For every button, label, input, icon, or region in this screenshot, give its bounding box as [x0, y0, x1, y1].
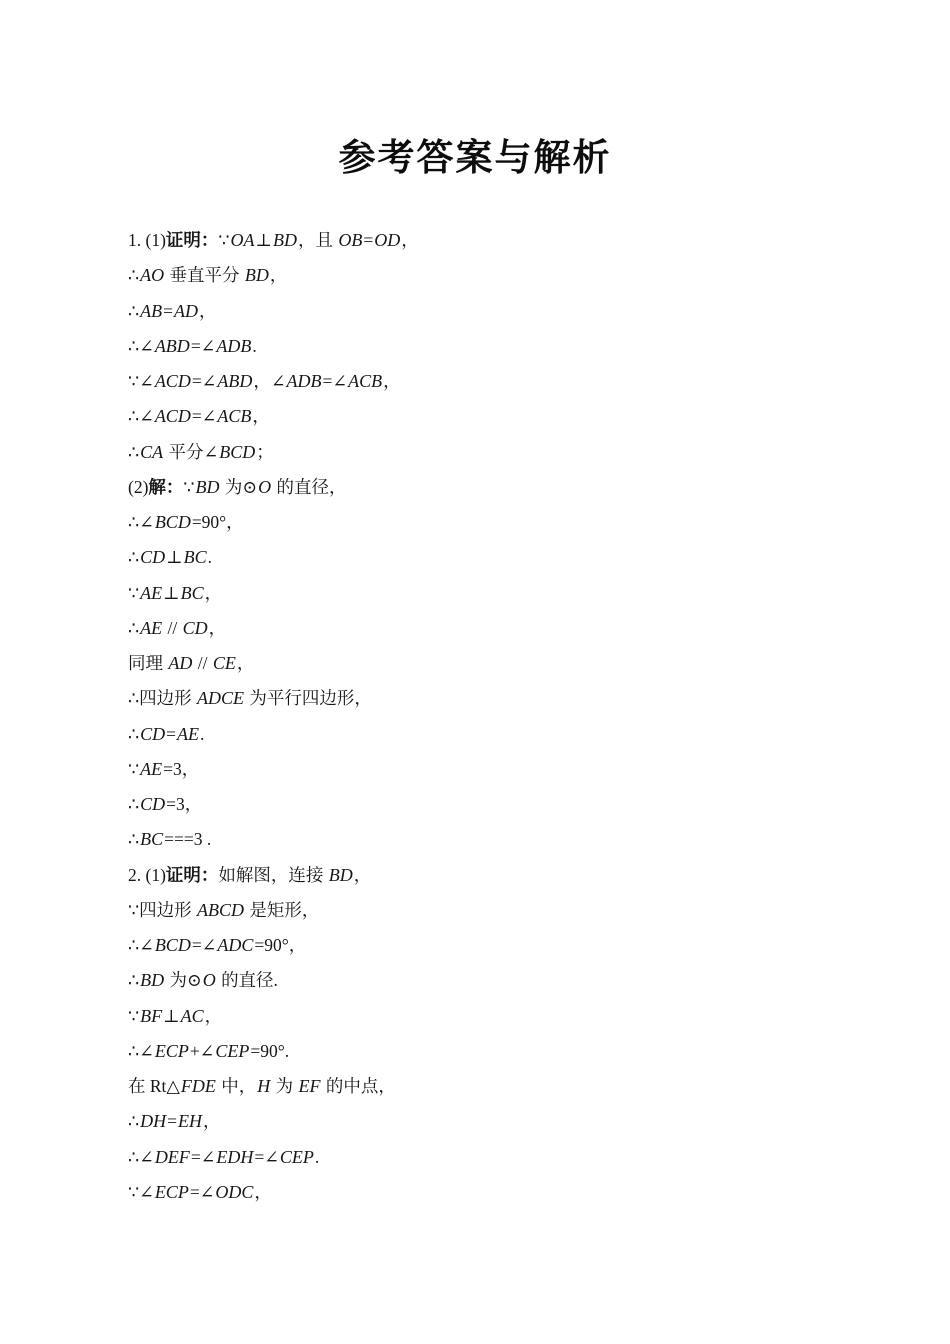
text-segment: =90°， [192, 512, 244, 532]
text-segment: 如解图，连接 [218, 865, 327, 885]
math-segment: AE [139, 583, 163, 603]
text-segment: 中， [217, 1076, 256, 1096]
text-segment: ∵ [128, 1006, 139, 1026]
answer-line: ∴CD=3， [128, 787, 900, 822]
text-segment: ∵ [128, 759, 139, 779]
answer-line: ∴BD 为⊙O 的直径. [128, 963, 900, 998]
text-segment: =90°. [250, 1041, 289, 1061]
answer-lines: 1. (1)证明：∵OA⊥BD，且 OB=OD，∴AO 垂直平分 BD，∴AB=… [128, 223, 900, 1210]
answer-line: ∴∠ACD=∠ACB， [128, 399, 900, 434]
document-page: 参考答案与解析 1. (1)证明：∵OA⊥BD，且 OB=OD，∴AO 垂直平分… [0, 0, 950, 1344]
text-segment: 在 Rt△ [128, 1076, 180, 1096]
text-segment: ⊥ [166, 547, 182, 567]
math-segment: ADB [286, 371, 323, 391]
text-segment: ∴ [128, 829, 139, 849]
text-segment: ； [256, 442, 274, 462]
answer-line: ∴AB=AD， [128, 294, 900, 329]
text-segment: ， [252, 406, 270, 426]
text-segment: 证明： [166, 865, 219, 885]
text-segment: 为平行四边形， [245, 688, 372, 708]
text-segment: ∴ [128, 1111, 139, 1131]
math-segment: CD [139, 794, 166, 814]
text-segment: ∵∠ [128, 1182, 154, 1202]
text-segment: ，且 [298, 230, 337, 250]
math-segment: O [202, 970, 217, 990]
math-segment: CEP [279, 1147, 315, 1167]
math-segment: ECP [154, 1041, 190, 1061]
text-segment: // [163, 618, 181, 638]
answer-line: 1. (1)证明：∵OA⊥BD，且 OB=OD， [128, 223, 900, 258]
text-segment: ∴ [128, 547, 139, 567]
math-segment: O [257, 477, 272, 497]
text-segment: = [363, 230, 373, 250]
text-segment: = [163, 301, 173, 321]
answer-line: ∴CD=AE. [128, 717, 900, 752]
page-title: 参考答案与解析 [0, 127, 950, 181]
answer-line: ∴∠BCD=∠ADC=90°， [128, 928, 900, 963]
text-segment: ∴ [128, 794, 139, 814]
math-segment: BCD [154, 935, 192, 955]
text-segment: ∴∠ [128, 935, 154, 955]
text-segment: =∠ [192, 406, 217, 426]
math-segment: ACD [154, 406, 192, 426]
text-segment: =∠ [192, 371, 217, 391]
answer-line: ∵∠ACD=∠ABD，∠ADB=∠ACB， [128, 364, 900, 399]
math-segment: ADCE [196, 688, 245, 708]
answer-line: ∵AE=3， [128, 752, 900, 787]
text-segment: 证明： [166, 230, 219, 250]
math-segment: H [256, 1076, 271, 1096]
math-segment: BCD [218, 442, 256, 462]
answer-line: ∴DH=EH， [128, 1104, 900, 1139]
answer-line: ∴∠ECP+∠CEP=90°. [128, 1034, 900, 1069]
math-segment: BC [180, 583, 205, 603]
text-segment: 同理 [128, 653, 167, 673]
text-segment: ∵ [128, 583, 139, 603]
math-segment: DH [139, 1111, 167, 1131]
math-segment: AO [139, 265, 165, 285]
text-segment: ∴四边形 [128, 688, 196, 708]
answer-line: ∵BF⊥AC， [128, 999, 900, 1034]
answer-line: ∴∠ABD=∠ADB. [128, 329, 900, 364]
text-segment: ∵ [218, 230, 229, 250]
math-segment: AE [176, 724, 200, 744]
answer-line: ∴AE // CD， [128, 611, 900, 646]
text-segment: ∴∠ [128, 406, 154, 426]
text-segment: ∵四边形 [128, 900, 196, 920]
math-segment: BD [272, 230, 298, 250]
answer-line: 在 Rt△FDE 中，H 为 EF 的中点， [128, 1069, 900, 1104]
text-segment: ， [199, 301, 217, 321]
math-segment: FDE [180, 1076, 217, 1096]
text-segment: . [200, 724, 204, 744]
math-segment: EDH [215, 1147, 254, 1167]
text-segment: ∴∠ [128, 336, 154, 356]
text-segment: ⊥ [256, 230, 272, 250]
math-segment: BF [139, 1006, 163, 1026]
text-segment: ∴ [128, 442, 139, 462]
text-segment: ===3 . [164, 829, 211, 849]
text-segment: =90°， [254, 935, 306, 955]
answer-line: ∴AO 垂直平分 BD， [128, 258, 900, 293]
answer-line: ∵∠ECP=∠ODC， [128, 1175, 900, 1210]
text-segment: ∴∠ [128, 512, 154, 532]
math-segment: BD [139, 970, 165, 990]
text-segment: 为⊙ [221, 477, 258, 497]
text-segment: . [315, 1147, 319, 1167]
text-segment: =∠ [192, 935, 217, 955]
math-segment: BD [195, 477, 221, 497]
math-segment: ACB [216, 406, 252, 426]
math-segment: CD [139, 724, 166, 744]
text-segment: 2. (1) [128, 865, 166, 885]
math-segment: CEP [214, 1041, 250, 1061]
text-segment: 为⊙ [165, 970, 202, 990]
text-segment: (2) [128, 477, 148, 497]
text-segment: =3， [163, 759, 199, 779]
text-segment: ， [401, 230, 419, 250]
text-segment: 的中点， [322, 1076, 396, 1096]
text-segment: ⊥ [163, 583, 179, 603]
text-segment: ∴ [128, 970, 139, 990]
text-segment: ∴ [128, 724, 139, 744]
text-segment: 解： [148, 477, 183, 497]
text-segment: . [252, 336, 256, 356]
text-segment: ， [383, 371, 401, 391]
text-segment: // [193, 653, 211, 673]
math-segment: AE [139, 618, 163, 638]
text-segment: ， [270, 265, 288, 285]
text-segment: =∠ [190, 1182, 215, 1202]
math-segment: AE [139, 759, 163, 779]
text-segment: ∴∠ [128, 1041, 154, 1061]
math-segment: ABCD [196, 900, 245, 920]
math-segment: BD [244, 265, 270, 285]
text-segment: ∴ [128, 265, 139, 285]
text-segment: = [166, 724, 176, 744]
math-segment: BD [328, 865, 354, 885]
math-segment: EH [177, 1111, 203, 1131]
text-segment: ⊥ [163, 1006, 179, 1026]
text-segment: ∴∠ [128, 1147, 154, 1167]
answer-line: (2)解：∵BD 为⊙O 的直径， [128, 470, 900, 505]
answer-line: ∴四边形 ADCE 为平行四边形， [128, 681, 900, 716]
text-segment: 平分∠ [164, 442, 218, 462]
text-segment: =∠ [191, 336, 216, 356]
text-segment: 为 [271, 1076, 297, 1096]
answer-line: ∴∠DEF=∠EDH=∠CEP. [128, 1140, 900, 1175]
answer-line: ∴CA 平分∠BCD； [128, 435, 900, 470]
math-segment: BC [139, 829, 164, 849]
text-segment: ∵∠ [128, 371, 154, 391]
text-segment: +∠ [190, 1041, 215, 1061]
text-segment: ， [209, 618, 227, 638]
answer-line: 2. (1)证明：如解图，连接 BD， [128, 858, 900, 893]
math-segment: ODC [214, 1182, 254, 1202]
math-segment: CD [182, 618, 209, 638]
math-segment: OD [373, 230, 401, 250]
math-segment: CD [139, 547, 166, 567]
text-segment: ∴ [128, 618, 139, 638]
text-segment: 的直径. [217, 970, 278, 990]
text-segment: ， [203, 1111, 221, 1131]
answer-line: ∴∠BCD=90°， [128, 505, 900, 540]
text-segment: . [208, 547, 212, 567]
math-segment: CA [139, 442, 164, 462]
text-segment: ， [205, 1006, 223, 1026]
text-segment: ， [205, 583, 223, 603]
math-segment: ABD [154, 336, 191, 356]
text-segment: =∠ [323, 371, 348, 391]
text-segment: ， [254, 1182, 272, 1202]
text-segment: =3， [166, 794, 202, 814]
text-segment: = [167, 1111, 177, 1131]
math-segment: AC [180, 1006, 205, 1026]
math-segment: CE [212, 653, 237, 673]
text-segment: 是矩形， [245, 900, 319, 920]
math-segment: AB [139, 301, 163, 321]
text-segment: 1. (1) [128, 230, 166, 250]
text-segment: =∠ [254, 1147, 279, 1167]
text-segment: ，∠ [253, 371, 285, 391]
answer-line: ∴CD⊥BC. [128, 540, 900, 575]
text-segment: ， [237, 653, 255, 673]
math-segment: BC [183, 547, 208, 567]
math-segment: ABD [216, 371, 253, 391]
math-segment: ADB [215, 336, 252, 356]
answer-line: ∵四边形 ABCD 是矩形， [128, 893, 900, 928]
math-segment: ADC [216, 935, 254, 955]
math-segment: BCD [154, 512, 192, 532]
answer-line: ∵AE⊥BC， [128, 576, 900, 611]
math-segment: OB [337, 230, 363, 250]
math-segment: EF [298, 1076, 322, 1096]
math-segment: AD [167, 653, 193, 673]
math-segment: OA [230, 230, 256, 250]
answer-line: 同理 AD // CE， [128, 646, 900, 681]
math-segment: AD [173, 301, 199, 321]
text-segment: ∵ [183, 477, 194, 497]
math-segment: DEF [154, 1147, 191, 1167]
math-segment: ECP [154, 1182, 190, 1202]
text-segment: =∠ [191, 1147, 216, 1167]
math-segment: ACD [154, 371, 192, 391]
text-segment: 垂直平分 [165, 265, 244, 285]
text-segment: ∴ [128, 301, 139, 321]
text-segment: ， [354, 865, 372, 885]
text-segment: 的直径， [272, 477, 346, 497]
math-segment: ACB [347, 371, 383, 391]
answer-line: ∴BC===3 . [128, 822, 900, 857]
